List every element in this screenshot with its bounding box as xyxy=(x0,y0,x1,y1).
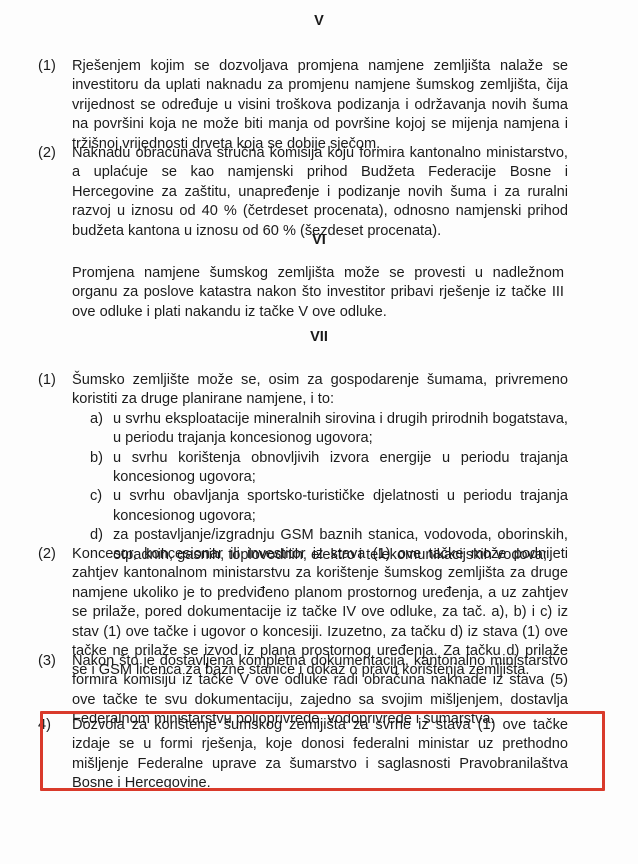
item-text: Rješenjem kojim se dozvoljava promjena n… xyxy=(72,57,568,154)
item-number: (1) xyxy=(38,371,68,390)
item-number: (1) xyxy=(38,57,68,76)
subitem-letter: d) xyxy=(90,526,103,545)
item-number: (2) xyxy=(38,545,68,564)
subitem-b: b) u svrhu korištenja obnovljivih izvora… xyxy=(90,449,568,488)
section-heading-vi: VI xyxy=(0,232,638,248)
item-number: (2) xyxy=(38,144,68,163)
subitem-text: u svrhu korištenja obnovljivih izvora en… xyxy=(113,449,568,488)
subitem-letter: a) xyxy=(90,410,103,429)
section-v-item-1: (1) Rješenjem kojim se dozvoljava promje… xyxy=(38,57,568,154)
subitem-text: u svrhu obavljanja sportsko-turističke d… xyxy=(113,487,568,526)
highlight-annotation-box xyxy=(40,711,605,791)
subitem-text: u svrhu eksploatacije mineralnih sirovin… xyxy=(113,410,568,449)
item-text: Šumsko zemljište može se, osim za gospod… xyxy=(72,371,568,410)
section-heading-v: V xyxy=(0,13,638,29)
item-number: (3) xyxy=(38,652,68,671)
section-vii-item-1: (1) Šumsko zemljište može se, osim za go… xyxy=(38,371,568,565)
subitem-letter: c) xyxy=(90,487,102,506)
subitem-letter: b) xyxy=(90,449,103,468)
section-v-item-2: (2) Naknadu obračunava stručna komisija … xyxy=(38,144,568,241)
document-page: V (1) Rješenjem kojim se dozvoljava prom… xyxy=(0,0,638,864)
section-vi-paragraph: Promjena namjene šumskog zemljišta može … xyxy=(72,264,564,322)
subitem-c: c) u svrhu obavljanja sportsko-turističk… xyxy=(90,487,568,526)
section-heading-vii: VII xyxy=(0,329,638,345)
item-text: Naknadu obračunava stručna komisija koju… xyxy=(72,144,568,241)
subitem-a: a) u svrhu eksploatacije mineralnih siro… xyxy=(90,410,568,449)
